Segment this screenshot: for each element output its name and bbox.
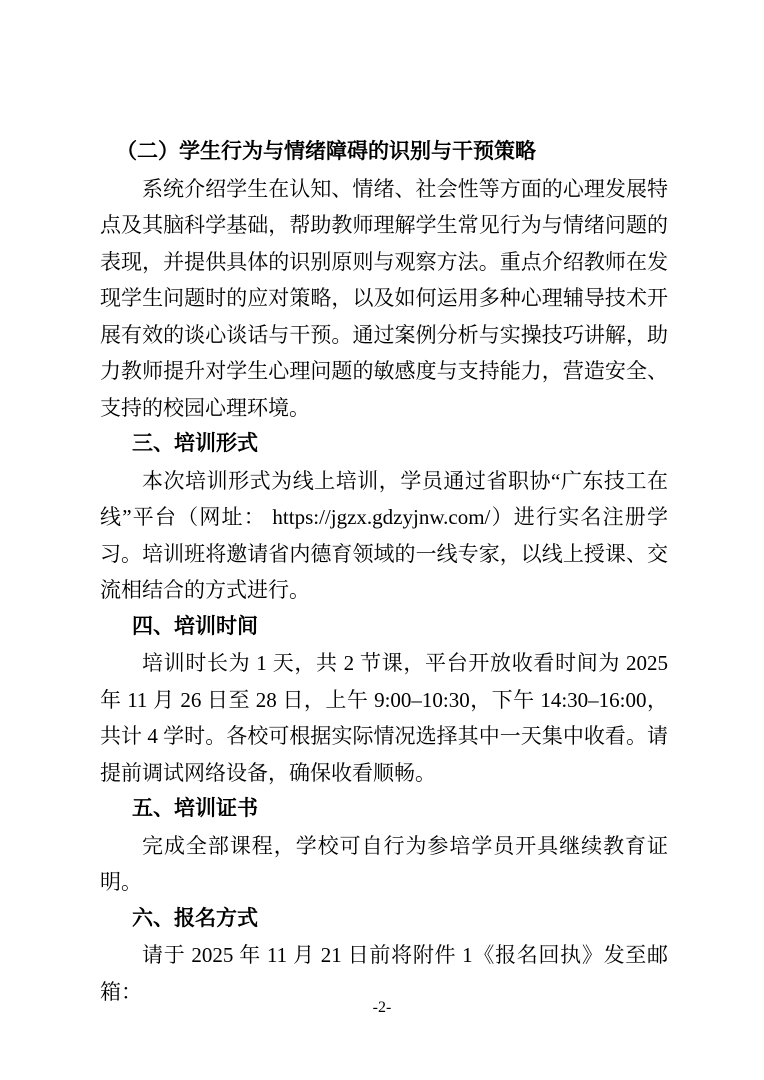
heading-behavior-emotion-section: （二）学生行为与情绪障碍的识别与干预策略 <box>100 134 668 171</box>
heading-training-format: 三、培训形式 <box>100 426 668 463</box>
document-page: （二）学生行为与情绪障碍的识别与干预策略 系统介绍学生在认知、情绪、社会性等方面… <box>0 0 764 1080</box>
page-number: -2- <box>0 996 764 1020</box>
paragraph-training-time: 培训时长为 1 天，共 2 节课，平台开放收看时间为 2025 年 11 月 2… <box>100 645 668 791</box>
heading-registration-method: 六、报名方式 <box>100 901 668 938</box>
document-body: （二）学生行为与情绪障碍的识别与干预策略 系统介绍学生在认知、情绪、社会性等方面… <box>100 134 668 1010</box>
paragraph-training-format: 本次培训形式为线上培训，学员通过省职协“广东技工在线”平台（网址： https:… <box>100 463 668 609</box>
paragraph-training-certificate: 完成全部课程，学校可自行为参培学员开具继续教育证明。 <box>100 828 668 901</box>
paragraph-behavior-emotion: 系统介绍学生在认知、情绪、社会性等方面的心理发展特点及其脑科学基础，帮助教师理解… <box>100 171 668 427</box>
heading-training-time: 四、培训时间 <box>100 609 668 646</box>
heading-training-certificate: 五、培训证书 <box>100 791 668 828</box>
training-platform-url: https://jgzx.gdzyjnw.com/ <box>272 505 490 529</box>
